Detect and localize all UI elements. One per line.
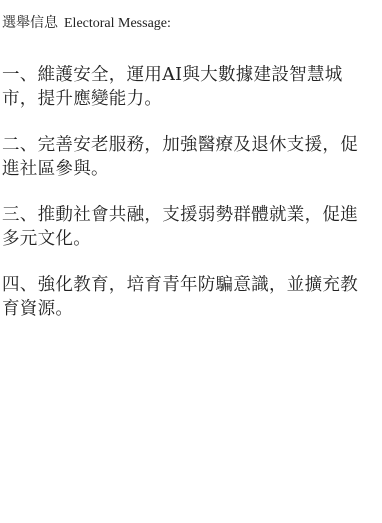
title-chinese: 選舉信息: [2, 15, 58, 31]
message-item-1: 一、維護安全，運用AI與大數據建設智慧城市，提升應變能力。: [2, 63, 362, 111]
message-item-4: 四、強化教育，培育青年防騙意識，並擴充教育資源。: [2, 273, 362, 321]
page-title: 選舉信息Electoral Message:: [2, 14, 171, 33]
title-english: Electoral Message:: [64, 16, 171, 31]
message-item-2: 二、完善安老服務，加強醫療及退休支援，促進社區參與。: [2, 133, 362, 181]
message-item-3: 三、推動社會共融，支援弱勢群體就業，促進多元文化。: [2, 203, 362, 251]
